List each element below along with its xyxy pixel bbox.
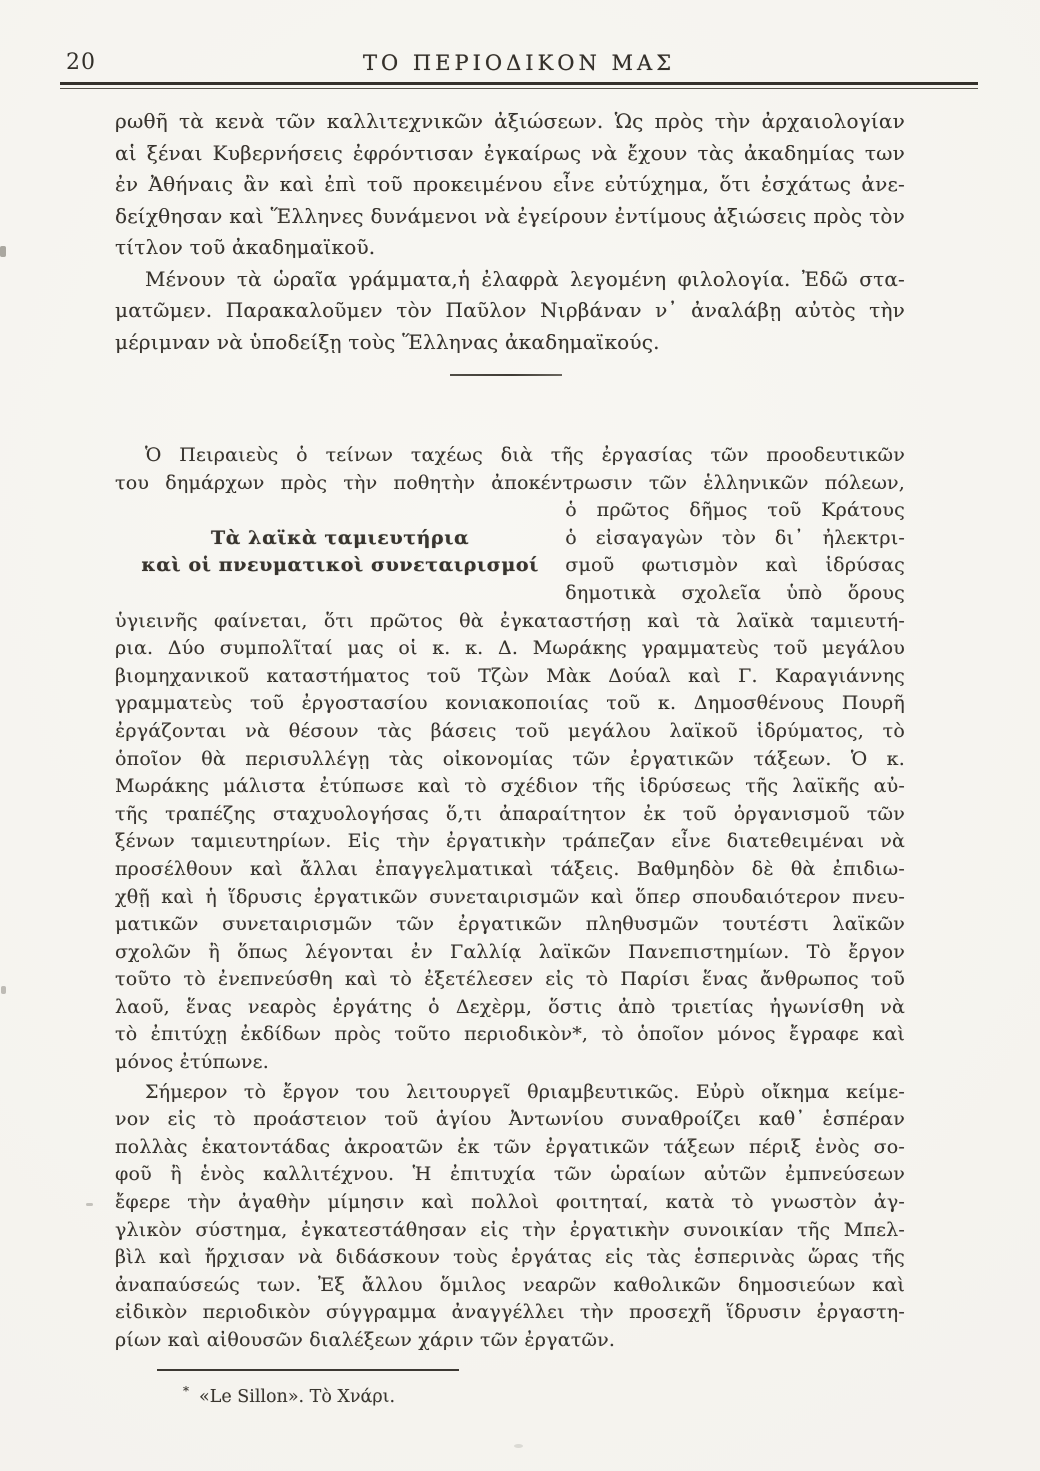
- scan-artifact: [0, 246, 6, 257]
- text-line: Ὁ Πειραιεὺς ὁ τείνων ταχέως διὰ τῆς ἐργα…: [115, 442, 905, 470]
- page-title: ΤΟ ΠΕΡΙΟΔΙΚΟΝ ΜΑΣ: [60, 51, 978, 75]
- text-line: του δημάρχων πρὸς τὴν ποθητὴν ἀποκέντρωσ…: [115, 470, 905, 498]
- header-double-rule: [60, 82, 978, 89]
- text-line: δείχθησαν καὶ Ἕλληνες δυνάμενοι νὰ ἐγείρ…: [115, 201, 905, 233]
- text-line: ἐν Ἀθήναις ἂν καὶ ἐπὶ τοῦ προκειμένου εἶ…: [115, 169, 905, 201]
- text-line: Σήμερον τὸ ἔργον του λειτουργεῖ θριαμβευ…: [115, 1079, 905, 1107]
- text-line: φοῦ ἢ ἑνὸς καλλιτέχνου. Ἡ ἐπιτυχία τῶν ὡ…: [115, 1161, 905, 1189]
- text-line: Μένουν τὰ ὡραῖα γράμματα,ἡ ἐλαφρὰ λεγομέ…: [115, 264, 905, 296]
- text-line: ματικῶν συνεταιρισμῶν τῶν ἐργατικῶν πληθ…: [115, 911, 905, 939]
- article2-inset-side-text: ὁ πρῶτος δῆμος τοῦ Κράτουςὁ εἰσαγαγὼν τὸ…: [565, 497, 905, 607]
- text-line: ρωθῆ τὰ κενὰ τῶν καλλιτεχνικῶν ἀξιώσεων.…: [115, 106, 905, 138]
- text-line: νον εἰς τὸ προάστειον τοῦ ἁγίου Ἀντωνίου…: [115, 1106, 905, 1134]
- page-header: 20 ΤΟ ΠΕΡΙΟΔΙΚΟΝ ΜΑΣ: [60, 48, 978, 78]
- footnote-rule: [157, 1369, 459, 1371]
- text-line: τίτλον τοῦ ἀκαδημαϊκοῦ.: [115, 232, 905, 264]
- text-line: σμοῦ φωτισμὸν καὶ ἱδρύσας: [565, 552, 905, 580]
- text-line: τῆς τραπέζης σταχυολογήσας ὅ,τι ἀπαραίτη…: [115, 801, 905, 829]
- text-line: ἀναπαύσεώς των. Ἐξ ἄλλου ὅμιλος νεαρῶν κ…: [115, 1272, 905, 1300]
- article2-intro: Ὁ Πειραιεὺς ὁ τείνων ταχέως διὰ τῆς ἐργα…: [115, 442, 905, 497]
- footnote: *«Le Sillon». Τὸ Χνάρι.: [115, 1369, 905, 1409]
- text-column: ρωθῆ τὰ κενὰ τῶν καλλιτεχνικῶν ἀξιώσεων.…: [115, 106, 905, 1408]
- text-line: ὁ εἰσαγαγὼν τὸν δι᾽ ἠλεκτρι-: [565, 525, 905, 553]
- article2-body: ὑγιεινῆς φαίνεται, ὅτι πρῶτος θὰ ἐγκατασ…: [115, 608, 905, 1077]
- text-line: μέριμναν νὰ ὑποδείξῃ τοὺς Ἕλληνας ἀκαδημ…: [115, 327, 905, 359]
- scanned-page: 20 ΤΟ ΠΕΡΙΟΔΙΚΟΝ ΜΑΣ ρωθῆ τὰ κενὰ τῶν κα…: [0, 0, 1040, 1471]
- text-line: δημοτικὰ σχολεῖα ὑπὸ ὅρους: [565, 580, 905, 608]
- text-line: γλικὸν σύστημα, ἐγκατεστάθησαν εἰς τὴν ἐ…: [115, 1217, 905, 1245]
- text-line: ὁ πρῶτος δῆμος τοῦ Κράτους: [565, 497, 905, 525]
- article2-inset-heading: Τὰ λαϊκὰ ταμιευτήριακαὶ οἱ πνευματικοὶ σ…: [115, 497, 565, 607]
- text-line: ὁποῖον θὰ περισυλλέγῃ τὰς οἰκονομίας τῶν…: [115, 746, 905, 774]
- text-line: ὑγιεινῆς φαίνεται, ὅτι πρῶτος θὰ ἐγκατασ…: [115, 608, 905, 636]
- article2: Ὁ Πειραιεὺς ὁ τείνων ταχέως διὰ τῆς ἐργα…: [115, 442, 905, 1408]
- text-line: βὶλ καὶ ἤρχισαν νὰ διδάσκουν τοὺς ἐργάτα…: [115, 1244, 905, 1272]
- scan-artifact: [1, 986, 6, 994]
- scan-artifact: [514, 1444, 523, 1448]
- footnote-text: *«Le Sillon». Τὸ Χνάρι.: [115, 1379, 905, 1409]
- text-line: τὸ ἐπιτύχῃ ἐκδίδων πρὸς τοῦτο περιοδικὸν…: [115, 1021, 905, 1049]
- text-line: ρια. Δύο συμπολῖταί μας οἱ κ. κ. Δ. Μωρά…: [115, 635, 905, 663]
- text-line: σχολῶν ἢ ὅπως λέγονται ἐν Γαλλίᾳ λαϊκῶν …: [115, 939, 905, 967]
- scan-artifact: [86, 1203, 93, 1206]
- section-divider-wrap: [115, 358, 905, 394]
- text-line: ματῶμεν. Παρακαλοῦμεν τὸν Παῦλον Νιρβάνα…: [115, 295, 905, 327]
- text-line: ἐργάζονται νὰ θέσουν τὰς βάσεις τοῦ μεγά…: [115, 718, 905, 746]
- text-line: καὶ οἱ πνευματικοὶ συνεταιρισμοί: [115, 552, 565, 580]
- text-line: βιομηχανικοῦ καταστήματος τοῦ Τζὼν Μὰκ Δ…: [115, 663, 905, 691]
- footnote-citation: «Le Sillon». Τὸ Χνάρι.: [199, 1386, 395, 1406]
- text-line: προσέλθουν καὶ ἄλλαι ἐπαγγελματικαὶ τάξε…: [115, 856, 905, 884]
- text-line: Μωράκης μάλιστα ἐτύπωσε καὶ τὸ σχέδιον τ…: [115, 773, 905, 801]
- text-line: αἱ ξέναι Κυβερνήσεις ἐφρόντισαν ἐγκαίρως…: [115, 138, 905, 170]
- article1-paragraph2: Μένουν τὰ ὡραῖα γράμματα,ἡ ἐλαφρὰ λεγομέ…: [115, 264, 905, 359]
- text-line: ξένων ταμιευτηρίων. Εἰς τὴν ἐργατικὴν τρ…: [115, 828, 905, 856]
- text-line: εἰδικὸν περιοδικὸν σύγγραμμα ἀναγγέλλει …: [115, 1299, 905, 1327]
- section-divider-rule: [450, 374, 562, 376]
- text-line: πολλὰς ἑκατοντάδας ἀκροατῶν ἐκ τῶν ἐργατ…: [115, 1134, 905, 1162]
- text-line: μόνος ἐτύπωνε.: [115, 1049, 905, 1077]
- footnote-asterisk-marker: *: [183, 1379, 189, 1403]
- text-line: γραμματεὺς τοῦ ἐργοστασίου κονιακοποιίας…: [115, 690, 905, 718]
- text-line: τοῦτο τὸ ἐνεπνεύσθη καὶ τὸ ἐξετέλεσεν εἰ…: [115, 966, 905, 994]
- text-line: χθῇ καὶ ἡ ἵδρυσις ἐργατικῶν συνεταιρισμῶ…: [115, 884, 905, 912]
- text-line: ρίων καὶ αἰθουσῶν διαλέξεων χάριν τῶν ἐρ…: [115, 1327, 905, 1355]
- text-line: λαοῦ, ἕνας νεαρὸς ἐργάτης ὁ Δεχὲρμ, ὅστι…: [115, 994, 905, 1022]
- text-line: Τὰ λαϊκὰ ταμιευτήρια: [115, 525, 565, 553]
- article2-inset-row: Τὰ λαϊκὰ ταμιευτήριακαὶ οἱ πνευματικοὶ σ…: [115, 497, 905, 607]
- article1-paragraph1: ρωθῆ τὰ κενὰ τῶν καλλιτεχνικῶν ἀξιώσεων.…: [115, 106, 905, 264]
- text-line: ἔφερε τὴν ἀγαθὴν μίμησιν καὶ πολλοὶ φοιτ…: [115, 1189, 905, 1217]
- article2-paragraph2: Σήμερον τὸ ἔργον του λειτουργεῖ θριαμβευ…: [115, 1079, 905, 1355]
